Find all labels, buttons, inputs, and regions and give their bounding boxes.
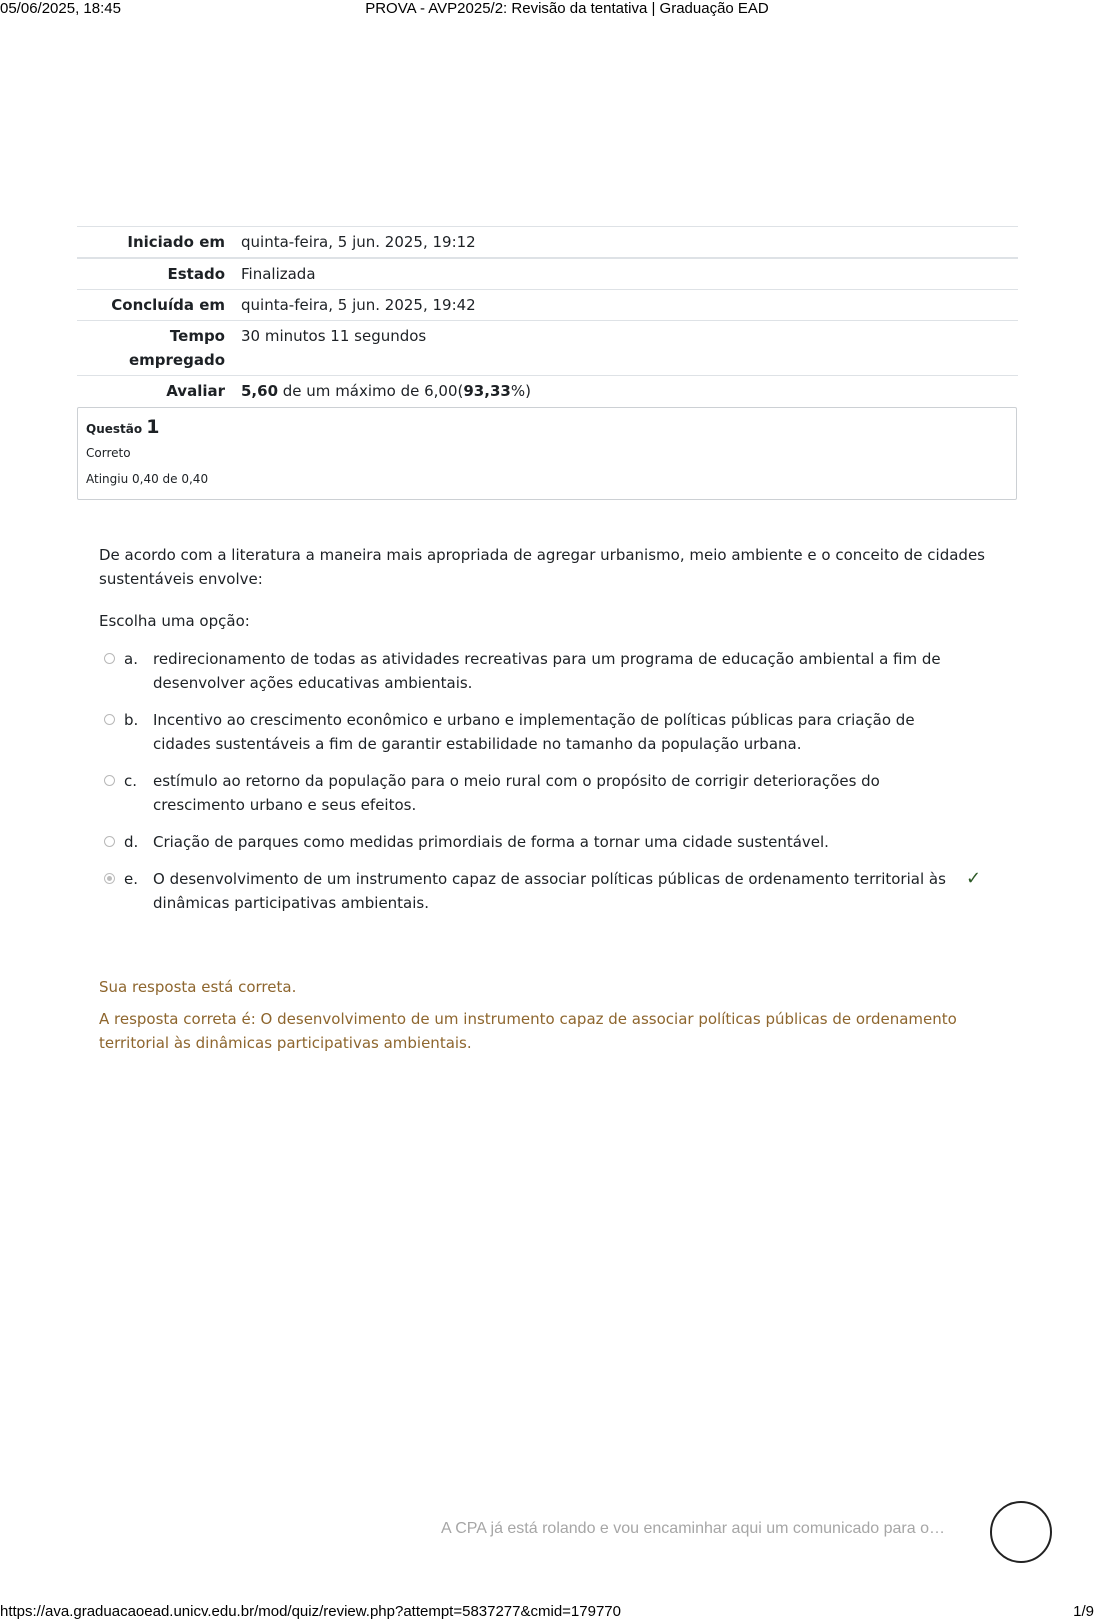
radio-button[interactable]	[104, 775, 115, 786]
answer-text: estímulo ao retorno da população para o …	[153, 769, 965, 817]
summary-value: 30 minutos 11 segundos	[233, 321, 1018, 376]
grade-percent: 93,33	[463, 382, 510, 400]
answer-list: a. redirecionamento de todas as atividad…	[104, 647, 994, 928]
summary-label: Concluída em	[77, 290, 233, 321]
grade-max: de um máximo de 6,00(	[278, 382, 463, 400]
answer-option-e[interactable]: e. O desenvolvimento de um instrumento c…	[104, 867, 994, 915]
summary-value: quinta-feira, 5 jun. 2025, 19:12	[233, 227, 1018, 259]
question-number: Questão 1	[86, 416, 1008, 438]
summary-value: 5,60 de um máximo de 6,00(93,33%)	[233, 376, 1018, 407]
answer-letter: a.	[124, 647, 153, 695]
answer-option-d[interactable]: d. Criação de parques como medidas primo…	[104, 830, 994, 854]
print-title: PROVA - AVP2025/2: Revisão da tentativa …	[0, 0, 1094, 17]
answer-letter: e.	[124, 867, 153, 915]
answer-letter: b.	[124, 708, 153, 756]
summary-row-time-taken: Tempo empregado 30 minutos 11 segundos	[77, 321, 1018, 376]
print-header: 05/06/2025, 18:45 PROVA - AVP2025/2: Rev…	[0, 0, 1094, 20]
radio-button-selected[interactable]	[104, 873, 115, 884]
summary-label: Avaliar	[77, 376, 233, 407]
question-label: Questão	[86, 422, 142, 436]
summary-label: Iniciado em	[77, 227, 233, 259]
chat-bubble-button[interactable]	[990, 1501, 1052, 1563]
question-text: De acordo com a literatura a maneira mai…	[99, 543, 989, 591]
feedback-correct-message: Sua resposta está correta.	[99, 975, 959, 999]
radio-button[interactable]	[104, 836, 115, 847]
print-url: https://ava.graduacaoead.unicv.edu.br/mo…	[0, 1603, 621, 1620]
answer-text: Incentivo ao crescimento econômico e urb…	[153, 708, 965, 756]
print-page-number: 1/9	[1073, 1603, 1094, 1620]
chat-message-preview[interactable]: A CPA já está rolando e vou encaminhar a…	[441, 1520, 945, 1538]
summary-row-state: Estado Finalizada	[77, 258, 1018, 290]
answer-text: redirecionamento de todas as atividades …	[153, 647, 965, 695]
answer-option-a[interactable]: a. redirecionamento de todas as atividad…	[104, 647, 994, 695]
feedback: Sua resposta está correta. A resposta co…	[99, 975, 959, 1055]
answer-text: Criação de parques como medidas primordi…	[153, 830, 965, 854]
radio-button[interactable]	[104, 714, 115, 725]
summary-value: Finalizada	[233, 258, 1018, 290]
summary-row-grade: Avaliar 5,60 de um máximo de 6,00(93,33%…	[77, 376, 1018, 407]
question-state: Correto	[86, 446, 1008, 460]
feedback-right-answer: A resposta correta é: O desenvolvimento …	[99, 1007, 959, 1055]
answer-letter: c.	[124, 769, 153, 817]
summary-row-completed: Concluída em quinta-feira, 5 jun. 2025, …	[77, 290, 1018, 321]
summary-label: Tempo empregado	[77, 321, 233, 376]
checkmark-icon: ✓	[966, 867, 981, 891]
grade-score: 5,60	[241, 382, 278, 400]
answer-option-b[interactable]: b. Incentivo ao crescimento econômico e …	[104, 708, 994, 756]
summary-value: quinta-feira, 5 jun. 2025, 19:42	[233, 290, 1018, 321]
answer-text: O desenvolvimento de um instrumento capa…	[153, 867, 965, 915]
question-info-box: Questão 1 Correto Atingiu 0,40 de 0,40	[77, 407, 1017, 500]
summary-label: Estado	[77, 258, 233, 290]
radio-button[interactable]	[104, 653, 115, 664]
summary-row-started: Iniciado em quinta-feira, 5 jun. 2025, 1…	[77, 227, 1018, 259]
print-footer: https://ava.graduacaoead.unicv.edu.br/mo…	[0, 1601, 1094, 1623]
grade-suffix: %)	[511, 382, 531, 400]
question-num: 1	[146, 416, 159, 438]
question-grade: Atingiu 0,40 de 0,40	[86, 472, 1008, 486]
answer-option-c[interactable]: c. estímulo ao retorno da população para…	[104, 769, 994, 817]
answer-prompt: Escolha uma opção:	[99, 612, 250, 630]
attempt-summary-table: Iniciado em quinta-feira, 5 jun. 2025, 1…	[77, 226, 1018, 406]
answer-letter: d.	[124, 830, 153, 854]
